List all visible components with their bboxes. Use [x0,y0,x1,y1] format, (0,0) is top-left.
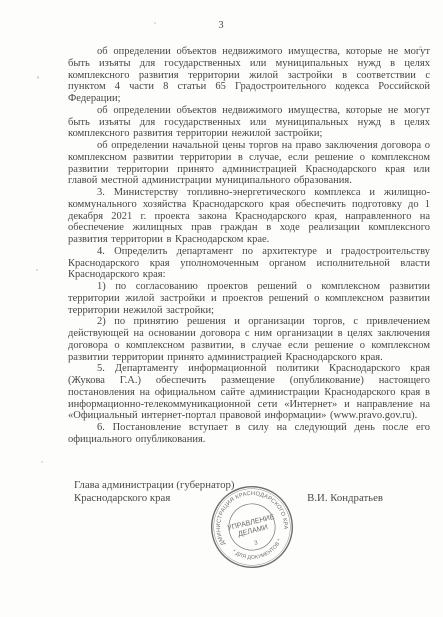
scan-speck [154,22,156,24]
paragraph: 2) по принятию решения и организации тор… [68,316,430,363]
stamp-number: 3 [254,540,259,547]
stamp-ring-bottom-text: * ДЛЯ ДОКУМЕНТОВ * [230,537,286,566]
scan-speck [41,461,43,463]
paragraph: об определении начальной цены торгов на … [68,140,430,187]
document-page: 3 об определении объектов недвижимого им… [0,0,443,617]
paragraph: 4. Определить департамент по архитектуре… [68,246,430,281]
paragraph: 5. Департаменту информационной политики … [68,363,430,422]
scan-speck [37,76,39,79]
paragraph: об определении объектов недвижимого имущ… [68,105,430,140]
scan-speck [419,46,422,48]
paragraph: 3. Министерству топливно-энергетического… [68,187,430,246]
paragraph: 1) по согласованию проектов решений о ко… [68,281,430,316]
document-body: об определении объектов недвижимого имущ… [68,46,430,446]
paragraph: 6. Постановление вступает в силу на след… [68,422,430,446]
signature-name: В.И. Кондратьев [307,492,383,505]
scan-speck [36,269,38,271]
paragraph: об определении объектов недвижимого имущ… [68,46,430,105]
signature-title-line1: Глава администрации (губернатор) [74,479,234,492]
page-number: 3 [0,20,443,32]
svg-text:* ДЛЯ ДОКУМЕНТОВ *: * ДЛЯ ДОКУМЕНТОВ * [230,537,286,566]
